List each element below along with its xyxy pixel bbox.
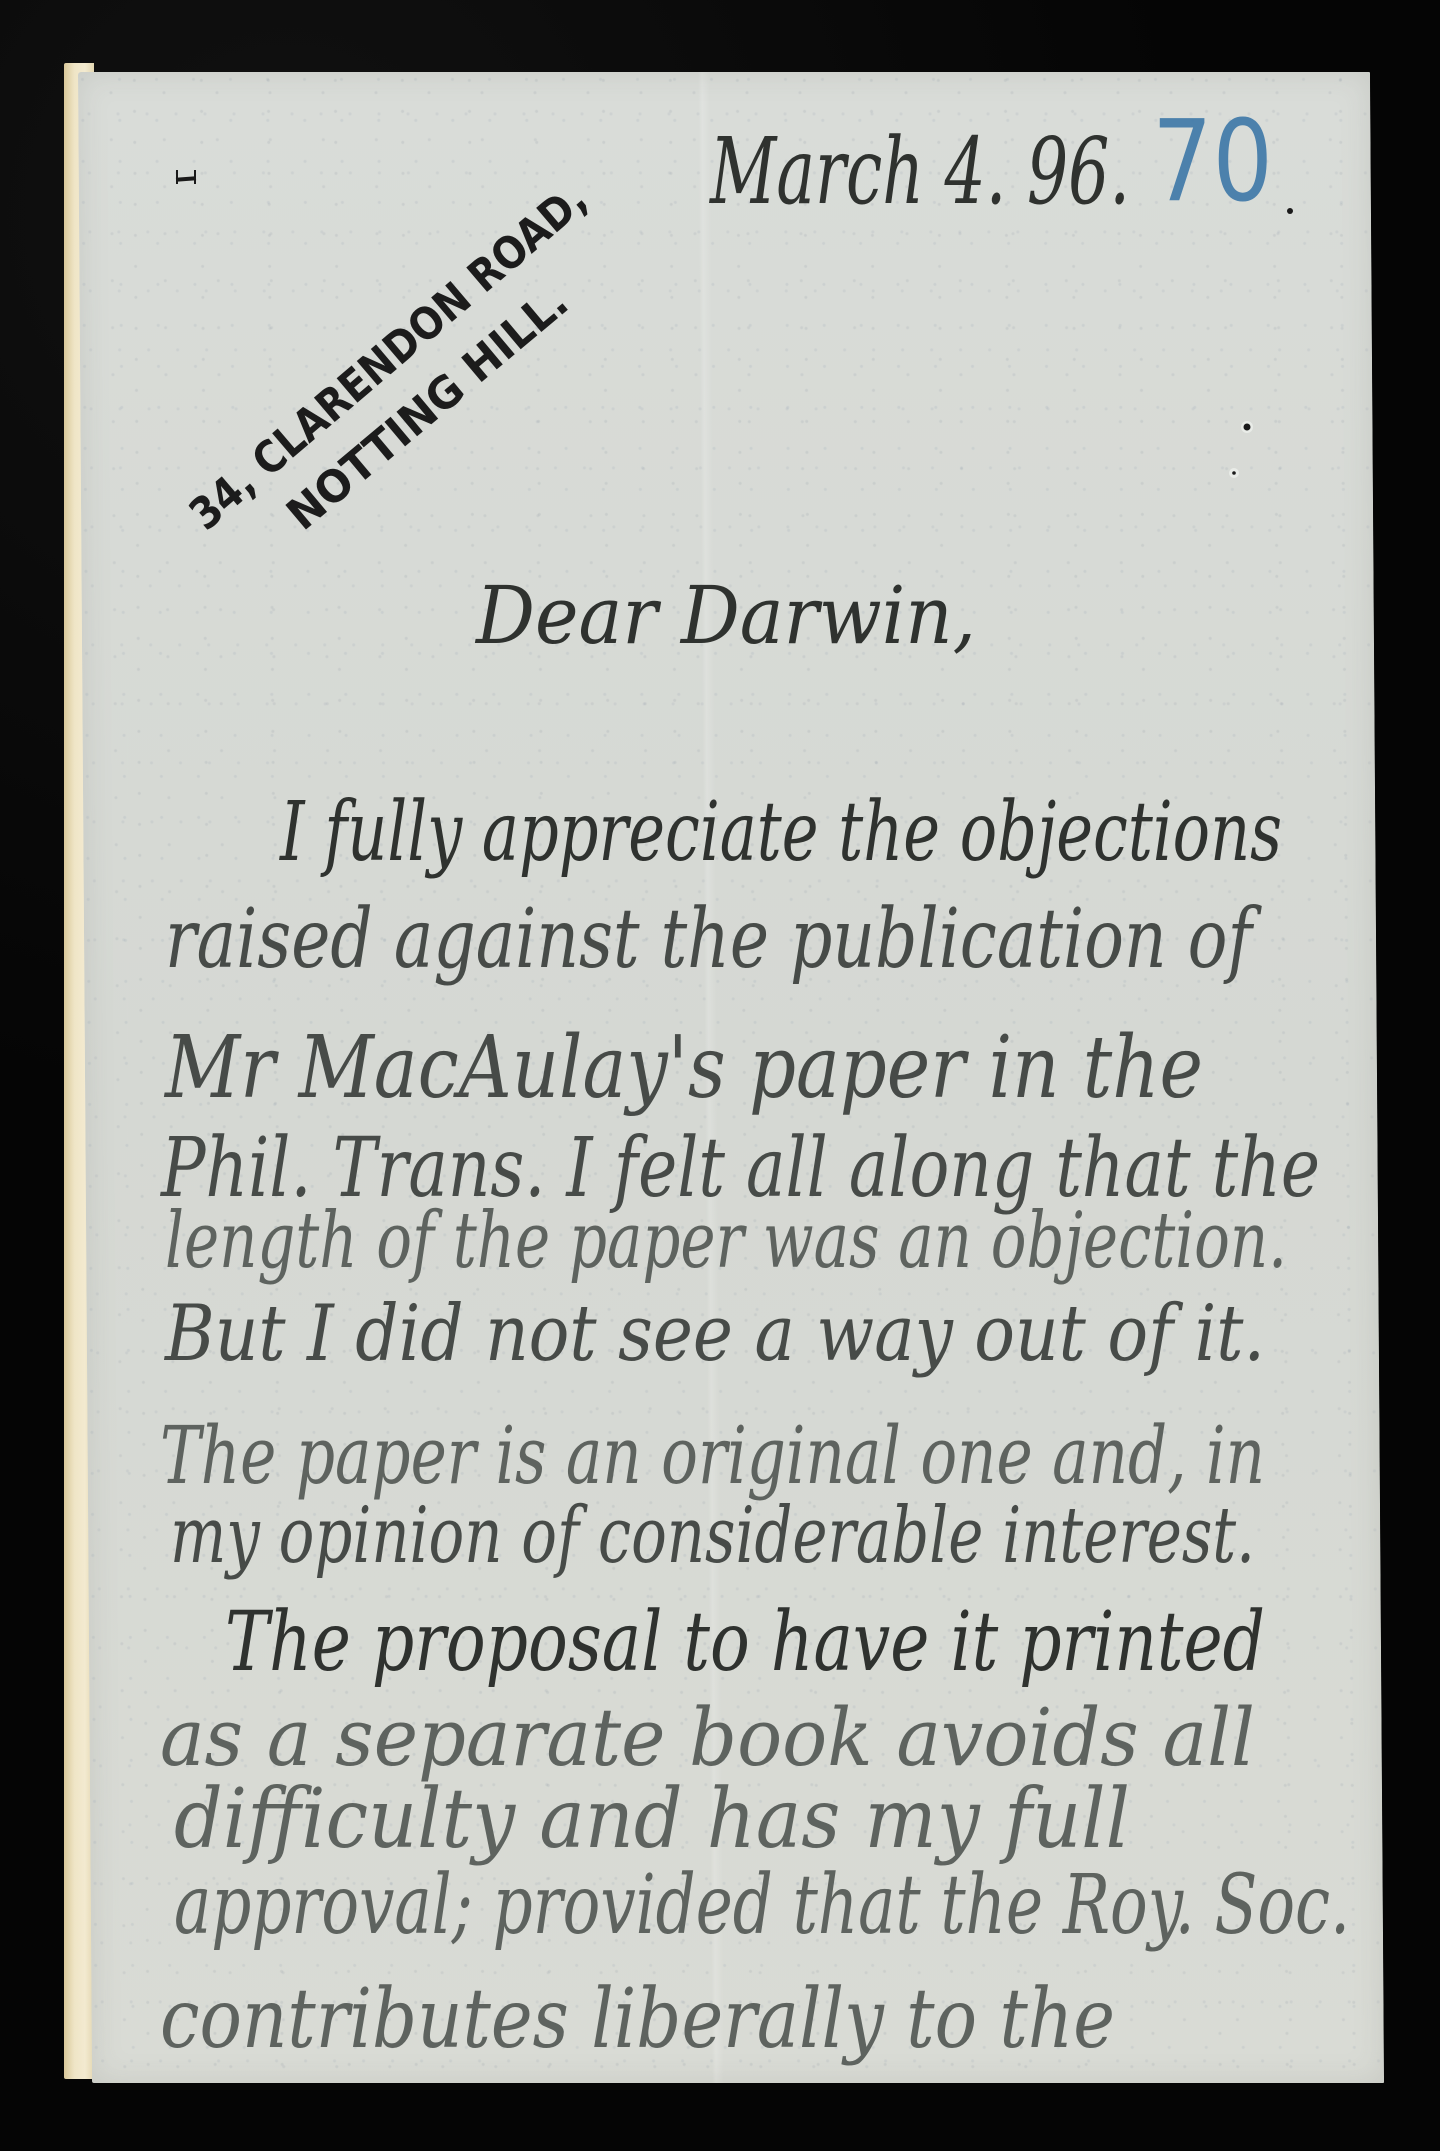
body-line: length of the paper was an objection.	[165, 1196, 1287, 1286]
body-line: raised against the publication of	[165, 892, 1262, 987]
body-line: my opinion of considerable interest.	[170, 1491, 1255, 1581]
body-line: I fully appreciate the objections	[278, 785, 1282, 880]
letter-body: I fully appreciate the objections raised…	[159, 785, 1350, 2067]
body-line: But I did not see a way out of it.	[163, 1289, 1265, 1379]
letter-content: 34, CLARENDON ROAD, NOTTING HILL. March …	[0, 0, 1440, 2151]
letterhead-address: 34, CLARENDON ROAD, NOTTING HILL.	[180, 174, 597, 541]
body-line: The proposal to have it printed	[225, 1595, 1265, 1690]
letter-date: March 4. 96.	[709, 118, 1130, 225]
letterhead-line-1: 34, CLARENDON ROAD,	[180, 174, 597, 541]
salutation: Dear Darwin,	[474, 569, 976, 662]
body-line: as a separate book avoids all	[160, 1691, 1255, 1784]
folio-number: 70	[1152, 97, 1273, 227]
body-line: contributes liberally to the	[160, 1972, 1115, 2067]
body-line: difficulty and has my full	[174, 1772, 1130, 1867]
body-line: approval; provided that the Roy. Soc.	[174, 1858, 1350, 1953]
body-line: Mr MacAulay's paper in the	[163, 1018, 1203, 1118]
body-line: The paper is an original one and, in	[160, 1409, 1265, 1502]
